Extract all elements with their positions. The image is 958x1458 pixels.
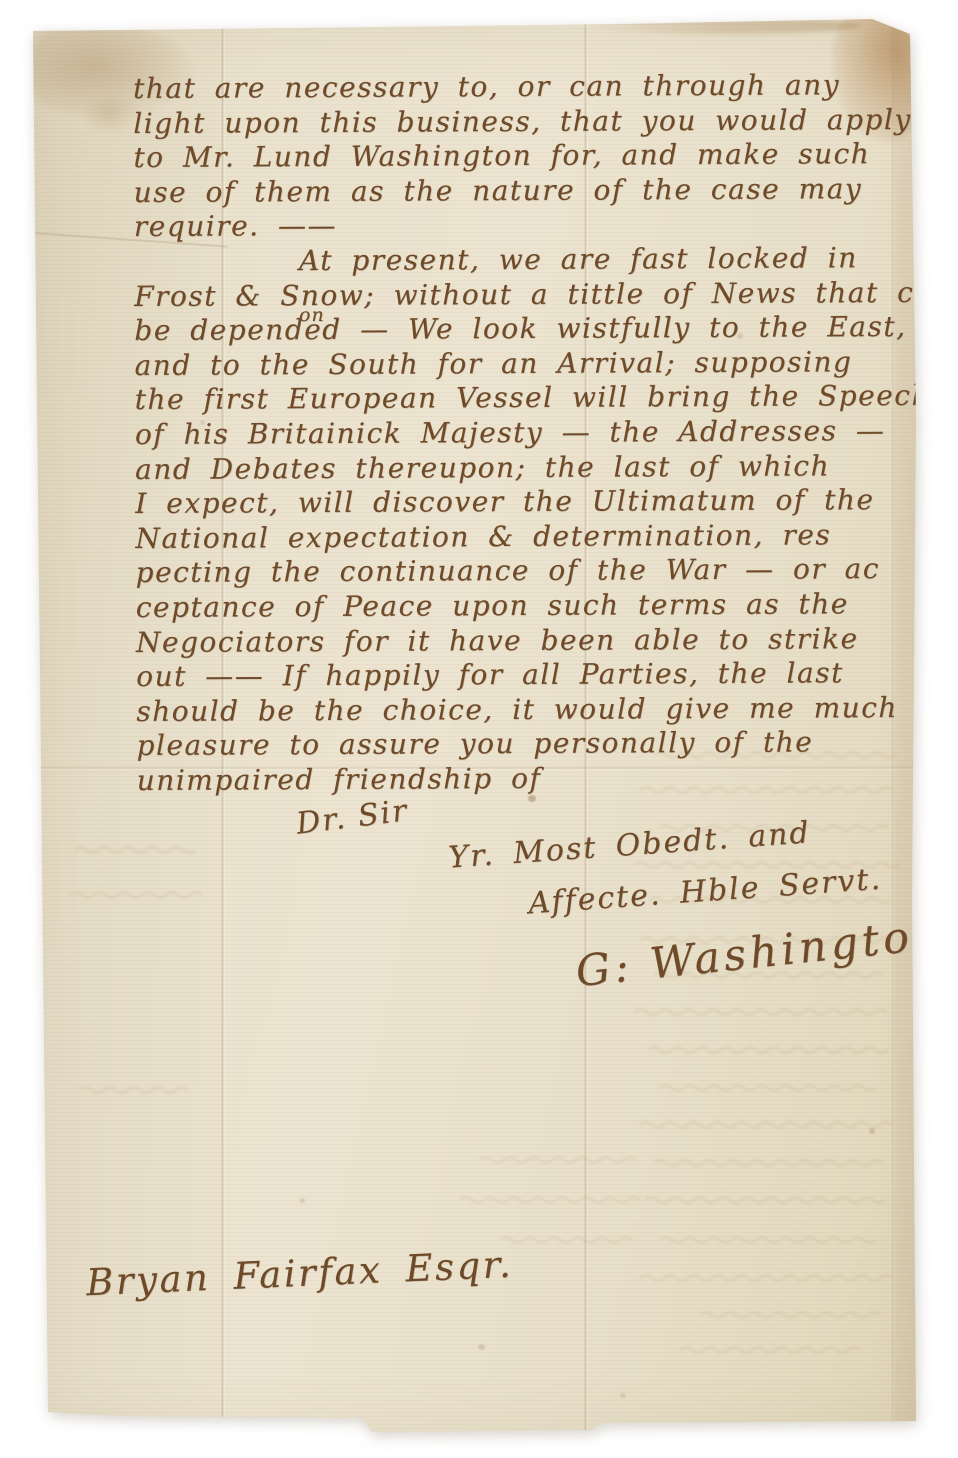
body-line: ceptance of Peace upon such terms as the [136,587,926,626]
body-line: pleasure to assure you personally of the [136,725,926,764]
body-line: I expect, will discover the Ultimatum of… [135,483,925,522]
body-line: light upon this business, that you would… [133,102,923,141]
ink-speck [478,1344,485,1350]
paper-shadow-wrap: that are necessary to, or can through an… [0,0,958,1458]
body-text-block: that are necessary to, or can through an… [133,68,927,799]
body-line: out —— If happily for all Parties, the l… [136,656,926,695]
letter-paper: that are necessary to, or can through an… [0,0,958,1458]
closing-salutation: Dr. Sir [294,793,410,841]
body-line: that are necessary to, or can through an… [133,68,923,107]
body-line: use of them as the nature of the case ma… [134,172,924,211]
closing-line-2: Affecte. Hble Servt. [527,862,883,922]
body-line: of his Britainick Majesty — the Addresse… [135,414,925,453]
ink-speck [300,1198,305,1203]
body-line: Negociators for it have been able to str… [136,621,926,660]
body-line: Frost & Snow; without a tittle of News t… [134,275,924,314]
body-line: At present, we are fast locked in [134,241,924,280]
ink-speck [869,1128,875,1134]
body-line: and Debates thereupon; the last of which [135,448,925,487]
photo-background: that are necessary to, or can through an… [0,0,958,1458]
body-line: and to the South for an Arrival; supposi… [134,345,924,384]
stain [590,18,860,34]
body-line: require. —— [134,206,924,245]
body-line: National expectation & determination, re… [135,518,925,557]
body-line: pecting the continuance of the War — or … [136,552,926,591]
body-line: to Mr. Lund Washington for, and make suc… [133,137,923,176]
inserted-word-above-line: on [299,304,325,326]
closing-line-1: Yr. Most Obedt. and [447,815,812,875]
body-line: the first European Vessel will bring the… [135,379,925,418]
body-line: should be the choice, it would give me m… [136,691,926,730]
body-line: unimpaired friendship of [137,760,927,799]
body-line: be depended — We look wistfully to the E… [134,310,924,349]
ink-speck [620,1393,626,1398]
